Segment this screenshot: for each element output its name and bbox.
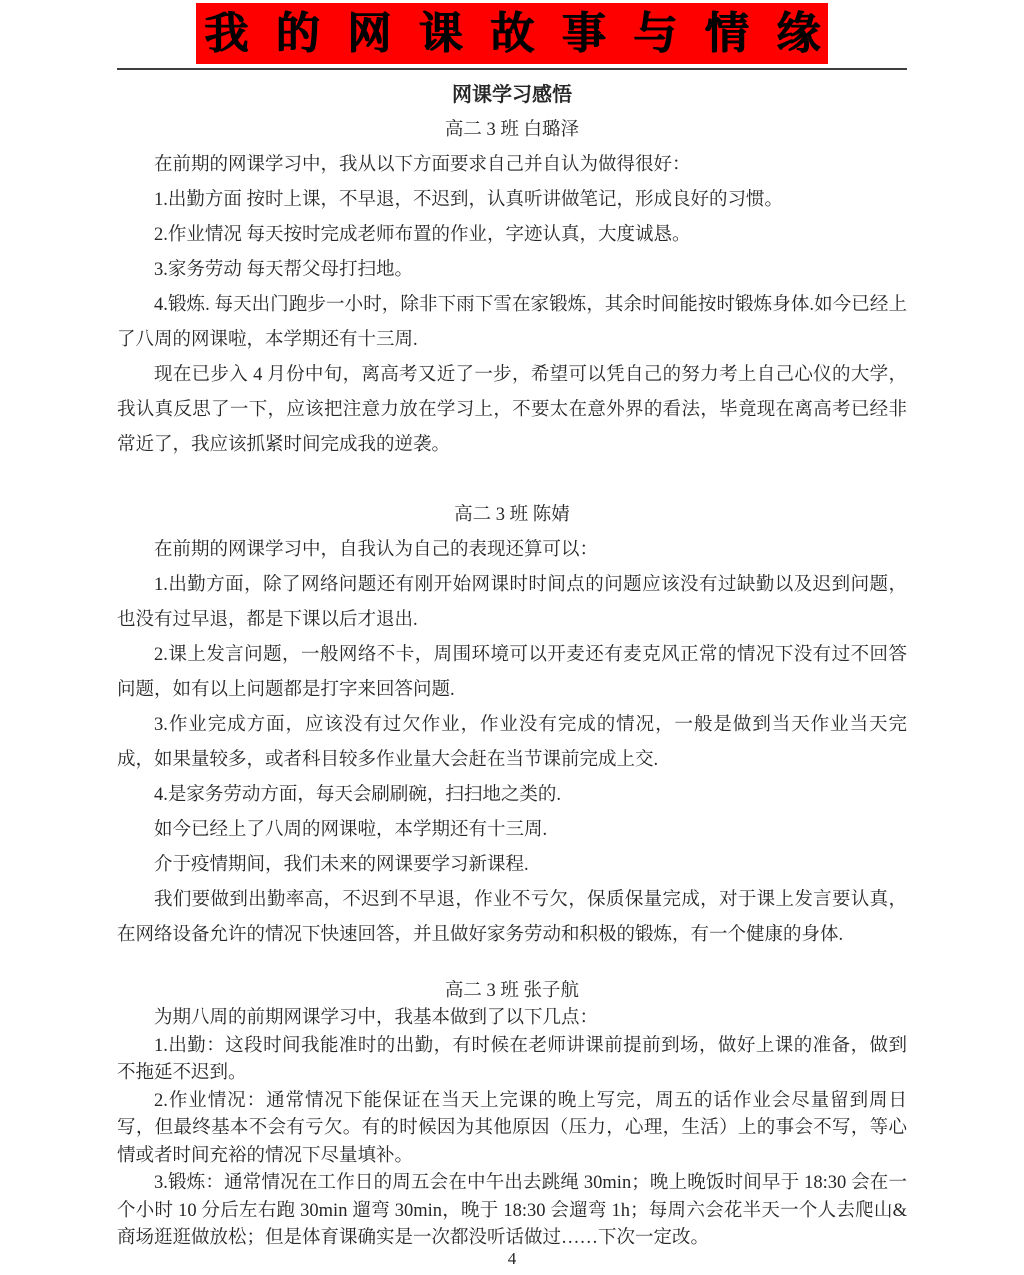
paragraph: 我们要做到出勤率高，不迟到不早退，作业不亏欠，保质保量完成，对于课上发言要认真，… [117, 883, 907, 953]
paragraph: 在前期的网课学习中，自我认为自己的表现还算可以： [117, 533, 907, 568]
paragraph: 在前期的网课学习中，我从以下方面要求自己并自认为做得很好： [117, 148, 907, 183]
document-body: 网课学习感悟 高二 3 班 白璐泽 在前期的网课学习中，我从以下方面要求自己并自… [117, 78, 907, 1253]
document-title: 网课学习感悟 [117, 78, 907, 113]
banner-character: 事 [562, 12, 606, 56]
title-banner: 我的网课故事与情缘 [196, 3, 828, 64]
page-header: 我的网课故事与情缘 [117, 0, 907, 70]
page-number: 4 [508, 1249, 517, 1268]
paragraph: 4.是家务劳动方面，每天会刷刷碗，扫扫地之类的. [117, 778, 907, 813]
banner-title-text: 我的网课故事与情缘 [204, 12, 820, 56]
banner-character: 故 [490, 12, 534, 56]
banner-character: 的 [276, 12, 320, 56]
paragraph: 2.作业情况：通常情况下能保证在当天上完课的晚上写完，周五的话作业会尽量留到周日… [117, 1088, 907, 1171]
banner-character: 与 [633, 12, 677, 56]
paragraph: 1.出勤：这段时间我能准时的出勤，有时候在老师讲课前提前到场，做好上课的准备，做… [117, 1033, 907, 1088]
sections-container: 高二 3 班 白璐泽 在前期的网课学习中，我从以下方面要求自己并自认为做得很好：… [117, 113, 907, 1253]
student-section: 高二 3 班 白璐泽 在前期的网课学习中，我从以下方面要求自己并自认为做得很好：… [117, 113, 907, 463]
paragraph: 3.家务劳动 每天帮父母打扫地。 [117, 253, 907, 288]
paragraph: 4.锻炼. 每天出门跑步一小时，除非下雨下雪在家锻炼，其余时间能按时锻炼身体.如… [117, 288, 907, 358]
banner-character: 情 [705, 12, 749, 56]
document-page: 我的网课故事与情缘 网课学习感悟 高二 3 班 白璐泽 在前期的网课学习中，我从… [0, 0, 1024, 1275]
paragraph: 为期八周的前期网课学习中，我基本做到了以下几点： [117, 1005, 907, 1033]
page-footer: 4 [0, 1249, 1024, 1269]
banner-character: 缘 [776, 12, 820, 56]
paragraph: 2.作业情况 每天按时完成老师布置的作业，字迹认真，大度诚恳。 [117, 218, 907, 253]
banner-character: 课 [419, 12, 463, 56]
student-section: 高二 3 班 陈婧 在前期的网课学习中，自我认为自己的表现还算可以：1.出勤方面… [117, 498, 907, 953]
banner-character: 网 [347, 12, 391, 56]
paragraph: 1.出勤方面，除了网络问题还有刚开始网课时时间点的问题应该没有过缺勤以及迟到问题… [117, 568, 907, 638]
paragraph: 现在已步入 4 月份中旬，离高考又近了一步，希望可以凭自己的努力考上自己心仪的大… [117, 358, 907, 463]
banner-character: 我 [204, 12, 248, 56]
student-section: 高二 3 班 张子航 为期八周的前期网课学习中，我基本做到了以下几点：1.出勤：… [117, 977, 907, 1253]
paragraph: 3.锻炼：通常情况在工作日的周五会在中午出去跳绳 30min；晚上晚饭时间早于 … [117, 1170, 907, 1253]
section-author: 高二 3 班 白璐泽 [117, 113, 907, 148]
paragraph: 介于疫情期间，我们未来的网课要学习新课程. [117, 848, 907, 883]
paragraph: 3.作业完成方面，应该没有过欠作业，作业没有完成的情况，一般是做到当天作业当天完… [117, 708, 907, 778]
paragraph: 如今已经上了八周的网课啦，本学期还有十三周. [117, 813, 907, 848]
paragraph: 1.出勤方面 按时上课，不早退，不迟到，认真听讲做笔记，形成良好的习惯。 [117, 183, 907, 218]
section-author: 高二 3 班 张子航 [117, 977, 907, 1005]
section-author: 高二 3 班 陈婧 [117, 498, 907, 533]
paragraph: 2.课上发言问题，一般网络不卡，周围环境可以开麦还有麦克风正常的情况下没有过不回… [117, 638, 907, 708]
